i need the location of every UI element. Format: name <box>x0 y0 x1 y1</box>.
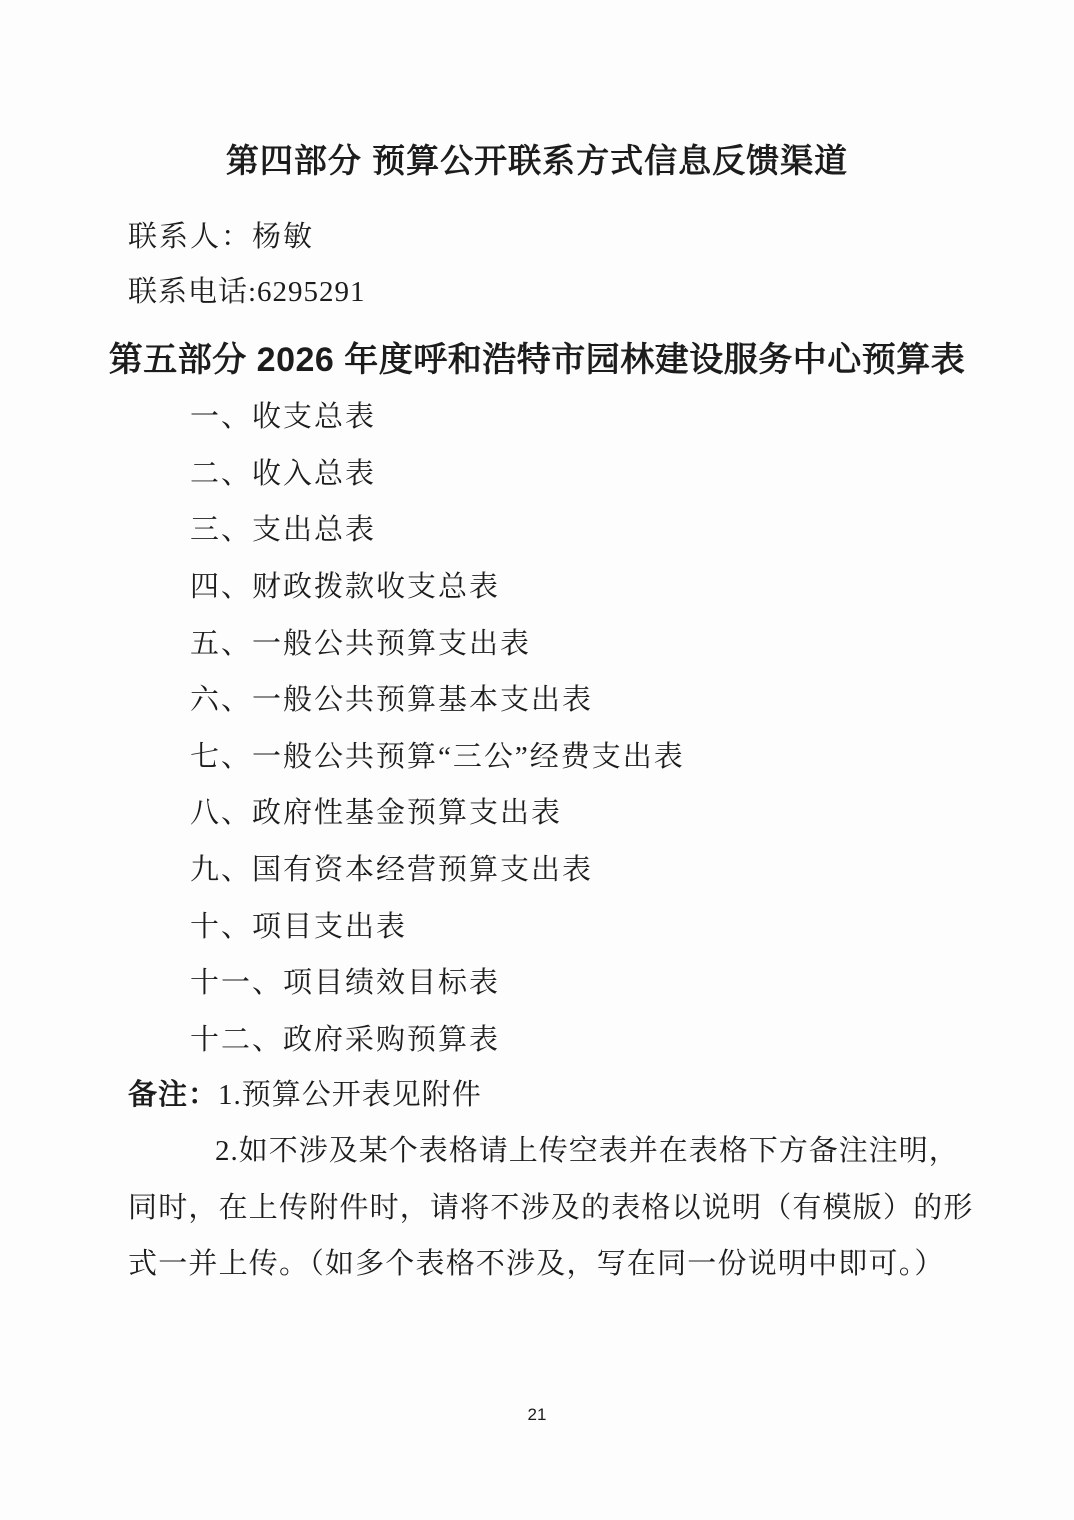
notes-text-1: 1.预算公开表见附件 <box>218 1079 482 1111</box>
toc-item-11: 十一、项目绩效目标表 <box>190 960 500 1001</box>
toc-item-3: 三、支出总表 <box>190 507 376 548</box>
toc-item-5: 五、一般公共预算支出表 <box>190 621 531 662</box>
part5-title: 第五部分 2026 年度呼和浩特市园林建设服务中心预算表 <box>0 332 1074 381</box>
contact-person-line: 联系人：杨敏 <box>128 214 314 255</box>
contact-phone-line: 联系电话:6295291 <box>128 269 366 310</box>
toc-item-10: 十、项目支出表 <box>190 904 407 945</box>
notes-label: 备注： <box>128 1079 218 1111</box>
toc-item-2: 二、收入总表 <box>190 451 376 492</box>
toc-item-7: 七、一般公共预算“三公”经费支出表 <box>190 734 685 775</box>
toc-item-1: 一、收支总表 <box>190 394 376 435</box>
toc-item-9: 九、国有资本经营预算支出表 <box>190 847 593 888</box>
page-number: 21 <box>0 1405 1074 1425</box>
part4-title: 第四部分 预算公开联系方式信息反馈渠道 <box>0 135 1074 182</box>
toc-item-12: 十二、政府采购预算表 <box>190 1017 500 1058</box>
document-page: 第四部分 预算公开联系方式信息反馈渠道 联系人：杨敏 联系电话:6295291 … <box>0 0 1074 1520</box>
toc-item-4: 四、财政拨款收支总表 <box>190 564 500 605</box>
notes-line-4: 式一并上传。（如多个表格不涉及，写在同一份说明中即可。） <box>128 1241 945 1282</box>
toc-item-6: 六、一般公共预算基本支出表 <box>190 677 593 718</box>
notes-line-2: 2.如不涉及某个表格请上传空表并在表格下方备注注明， <box>215 1128 959 1169</box>
toc-item-8: 八、政府性基金预算支出表 <box>190 790 562 831</box>
notes-line-1: 备注：1.预算公开表见附件 <box>128 1072 482 1113</box>
notes-line-3: 同时，在上传附件时，请将不涉及的表格以说明（有模版）的形 <box>128 1185 974 1226</box>
